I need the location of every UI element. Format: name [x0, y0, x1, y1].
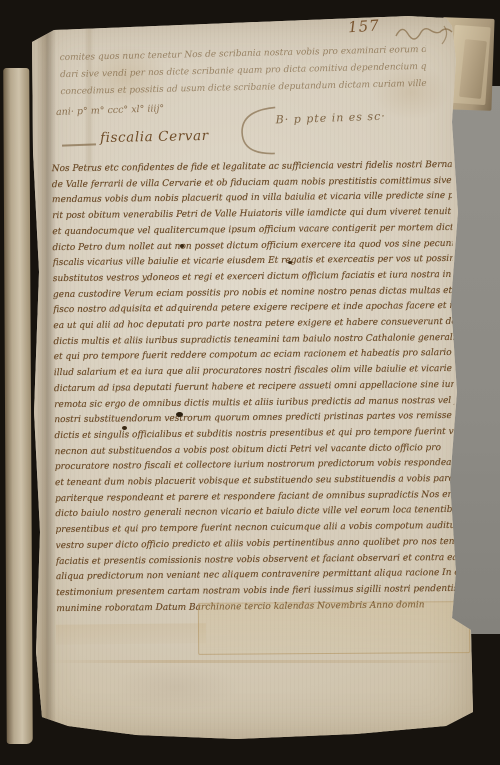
flourish-icon [231, 101, 293, 159]
date-line: ani· p° m° ccc° xl° iiij° [56, 101, 226, 118]
manuscript-leaf: 157 comites quos nunc tenetur Nos de scr… [26, 12, 478, 744]
manuscript-photo: 157 comites quos nunc tenetur Nos de scr… [0, 0, 500, 765]
entry-heading: fiscalia Cervar [100, 128, 209, 146]
opposite-leaf-edge [3, 68, 33, 744]
ink-blot [288, 261, 292, 264]
ink-blot [180, 244, 184, 248]
ink-blot [122, 426, 127, 430]
stain-band [56, 623, 206, 645]
registration-mark: B· p pte in es sc· [231, 97, 403, 161]
stain-line [46, 660, 466, 663]
ink-blot [176, 412, 183, 417]
entry-body-text: Nos Petrus etc confidentes de fide et le… [52, 158, 459, 618]
offset-slip-stain [198, 601, 470, 655]
registration-note: B· p pte in es sc· [275, 110, 386, 127]
previous-entry-text: comites quos nunc tenetur Nos de scriban… [59, 42, 426, 101]
